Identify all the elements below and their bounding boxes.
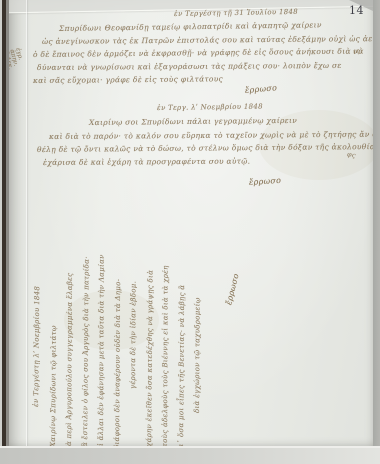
signature: ἔρρωσο bbox=[245, 84, 278, 95]
bottom-page-edge bbox=[0, 446, 380, 464]
letter-block-3-rotated: ἐν Τεργέστῃ λʹ Νοεμβρίου 1848 Χαιρίνῳ Σπ… bbox=[33, 228, 268, 446]
handwritten-line: ὁ δὲ ἔπαινος δὲν ἁρμόζει νὰ ἐκφρασθῇ· νὰ… bbox=[33, 48, 364, 59]
ink-mark: ις. bbox=[352, 47, 362, 55]
signature: ἔρρωσο bbox=[225, 273, 241, 306]
greeting-line: Χαιρίνῳ Σπυρίδωνι τῷ φιλτάτῳ bbox=[50, 325, 58, 446]
page-number: 14 bbox=[349, 4, 364, 17]
date-line: ἐν Τεργ. λʹ Νοεμβρίου 1848 bbox=[157, 104, 263, 112]
greeting-line: Χαιρίνῳ σοι Σπυρίδωνι πάλαι γεγραμμένῳ χ… bbox=[89, 117, 297, 127]
handwritten-line: ὡς ἀνεγίνωσκον τὰς ἐκ Πατρῶν ἐπιστολάς σ… bbox=[42, 35, 373, 45]
handwritten-line: δι᾽ ὅσα μοι εἶπες τῆς Βενετίας· νὰ λάβῃς… bbox=[178, 285, 186, 446]
handwritten-line: δύνανται νὰ γνωρίσωσι καὶ ἐξαγοράσωσι τὰ… bbox=[37, 62, 342, 72]
handwritten-line: αἱ ἄλλαι δὲν ἐφάνησαν μετὰ ταῦτα διὰ τὴν… bbox=[98, 254, 106, 446]
handwritten-line: ἃ ἔστειλεν ὁ φίλος σου Ἀργυρὸς διὰ τὴν π… bbox=[82, 256, 91, 446]
paper-page: 14 ἐν Τεργέστῃ τῇ 31 Ἰουλίου 1848 Σπυρίδ… bbox=[9, 0, 373, 446]
handwritten-line: καὶ διὰ τὸ παρόν· τὸ καλόν σου εὕρηκα τὸ… bbox=[49, 131, 373, 141]
handwritten-line: γέροντα δὲ τὴν ἰδίαν ἑβδομ. bbox=[130, 281, 138, 389]
date-line: ἐν Τεργέστῃ τῇ 31 Ἰουλίου 1848 bbox=[174, 9, 298, 18]
handwritten-line: τοὺς ἀδελφοὺς τοὺς Βιέννης εἰ καὶ διὰ τὰ… bbox=[162, 265, 170, 446]
manuscript-scan: 14 ἐν Τεργέστῃ τῇ 31 Ἰουλίου 1848 Σπυρίδ… bbox=[0, 0, 380, 464]
handwritten-line: ἐχάρισα δὲ καὶ ἐχάρη τὰ προσγραφέντα σου… bbox=[43, 158, 250, 167]
scan-background-right bbox=[373, 0, 380, 464]
handwritten-line: διὰ ἐγχώριον τῷ ταχυδρομείῳ bbox=[194, 297, 202, 413]
handwritten-line: ἐχάρην ἐκεῖθεν ὅσα κατεδέχθης νὰ γράψῃς … bbox=[146, 270, 155, 446]
handwritten-line: Τὰ περὶ Ἀργυροπούλου συγγεγραμμένα ἔλαβε… bbox=[66, 273, 74, 446]
paper-fold-line bbox=[26, 0, 27, 446]
handwritten-line: καὶ σᾶς εὔχομαι· γράφε δὲ εἰς τοὺς φιλτά… bbox=[33, 75, 223, 84]
binding-edge bbox=[0, 0, 9, 464]
signature: ἔρρωσο bbox=[249, 177, 282, 187]
date-line: ἐν Τεργέστῃ λʹ Νοεμβρίου 1848 bbox=[33, 286, 41, 407]
handwritten-line: διάφοροι δὲν ἀναφέρουν οὐδὲν διὰ τὰ Δημο… bbox=[114, 279, 122, 446]
ink-mark: φς bbox=[346, 151, 356, 159]
handwritten-line: Σπυρίδωνι Θεοφανίδῃ ταμείῳ φιλοπατρίδι κ… bbox=[59, 21, 322, 32]
